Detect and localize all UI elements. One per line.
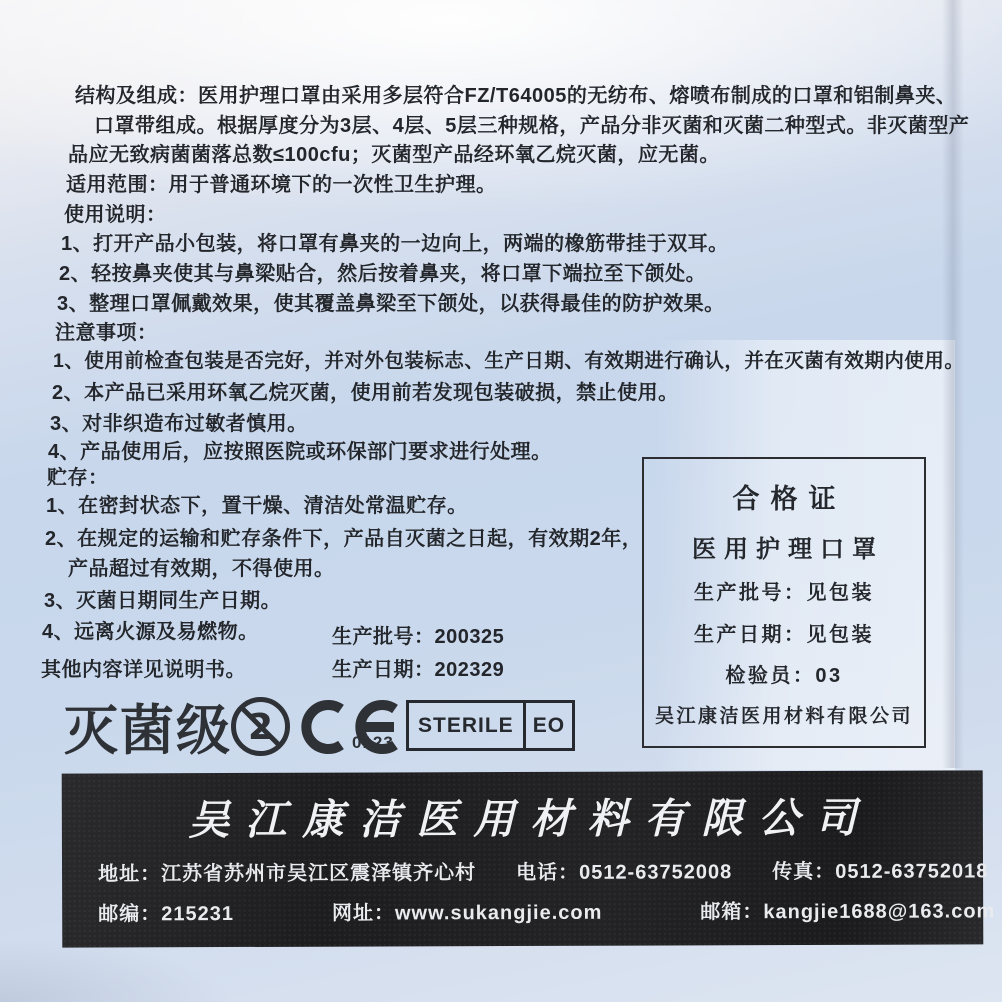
notes-title: 注意事项： [55,321,158,345]
usage-step-3: 3、整理口罩佩戴效果，使其覆盖鼻梁至下颌处，以获得最佳的防护效果。 [57,292,725,316]
certificate-date: 生产日期：见包装 [694,618,874,647]
certificate-product: 医用护理口罩 [684,529,884,564]
certificate-inspector: 检验员：03 [725,659,842,688]
company-name: 吴江康洁医用材料有限公司 [62,784,983,846]
storage-item-4: 4、远离火源及易燃物。 [42,620,259,644]
storage-title: 贮存： [47,466,109,490]
company-phone: 电话：0512-63752008 [516,855,732,885]
scope-line: 适用范围：用于普通环境下的一次性卫生护理。 [66,173,497,197]
company-website: 网址：www.sukangjie.com [332,896,603,926]
notes-item-3: 3、对非织造布过敏者慎用。 [50,412,308,436]
notes-item-4: 4、产品使用后，应按照医院或环保部门要求进行处理。 [48,440,552,464]
sterile-grade-logo: 灭菌级 [64,688,232,765]
company-zip: 邮编：215231 [98,897,234,926]
storage-item-1: 1、在密封状态下，置干燥、清洁处常温贮存。 [46,494,468,518]
storage-item-3: 3、灭菌日期同生产日期。 [44,589,281,613]
banner-contact-line-1: 地址：江苏省苏州市吴江区震泽镇齐心村 电话：0512-63752008 传真：0… [98,854,959,886]
storage-item-2b: 产品超过有效期，不得使用。 [68,557,335,581]
usage-title: 使用说明： [64,203,167,227]
mask-package-insert: 结构及组成：医用护理口罩由采用多层符合FZ/T64005的无纺布、熔喷布制成的口… [0,0,1002,1002]
ce-notified-body-number: 0123 [352,733,394,753]
notes-item-1: 1、使用前检查包装是否完好，并对外包装标志、生产日期、有效期进行确认，并在灭菌有… [53,349,964,373]
production-date-line: 生产日期：202329 [332,658,504,682]
production-batch-line: 生产批号：200325 [332,625,504,649]
composition-line-1: 结构及组成：医用护理口罩由采用多层符合FZ/T64005的无纺布、熔喷布制成的口… [75,84,956,108]
company-address: 地址：江苏省苏州市吴江区震泽镇齐心村 [98,856,476,886]
notes-item-2: 2、本产品已采用环氧乙烷灭菌，使用前若发现包装破损，禁止使用。 [52,381,679,405]
certificate-box: 合格证 医用护理口罩 生产批号：见包装 生产日期：见包装 检验员：03 吴江康洁… [642,457,926,748]
other-content-line: 其他内容详见说明书。 [41,658,246,682]
composition-line-3: 品应无致病菌菌落总数≤100cfu；灭菌型产品经环氧乙烷灭菌，应无菌。 [68,143,720,167]
certificate-company: 吴江康洁医用材料有限公司 [655,701,913,728]
sterile-eo-mark: STERILE EO [406,700,575,751]
certificate-title: 合格证 [722,477,847,516]
do-not-reuse-icon: 2 [229,695,292,758]
company-banner: 吴江康洁医用材料有限公司 地址：江苏省苏州市吴江区震泽镇齐心村 电话：0512-… [62,770,984,947]
usage-step-1: 1、打开产品小包装，将口罩有鼻夹的一边向上，两端的橡筋带挂于双耳。 [61,232,729,256]
company-email: 邮箱：kangjie1688@163.com [700,894,995,924]
certificate-batch: 生产批号：见包装 [694,576,874,605]
company-fax: 传真：0512-63752018 [772,854,988,884]
storage-item-2a: 2、在规定的运输和贮存条件下，产品自灭菌之日起，有效期2年， [45,527,642,551]
banner-contact-line-2: 邮编：215231 网址：www.sukangjie.com 邮箱：kangji… [98,894,959,926]
usage-step-2: 2、轻按鼻夹使其与鼻梁贴合，然后按着鼻夹，将口罩下端拉至下颌处。 [59,262,706,286]
eo-label: EO [523,703,572,748]
composition-line-2: 口罩带组成。根据厚度分为3层、4层、5层三种规格，产品分非灭菌和灭菌二种型式。非… [94,114,969,138]
sterile-label: STERILE [409,703,523,748]
